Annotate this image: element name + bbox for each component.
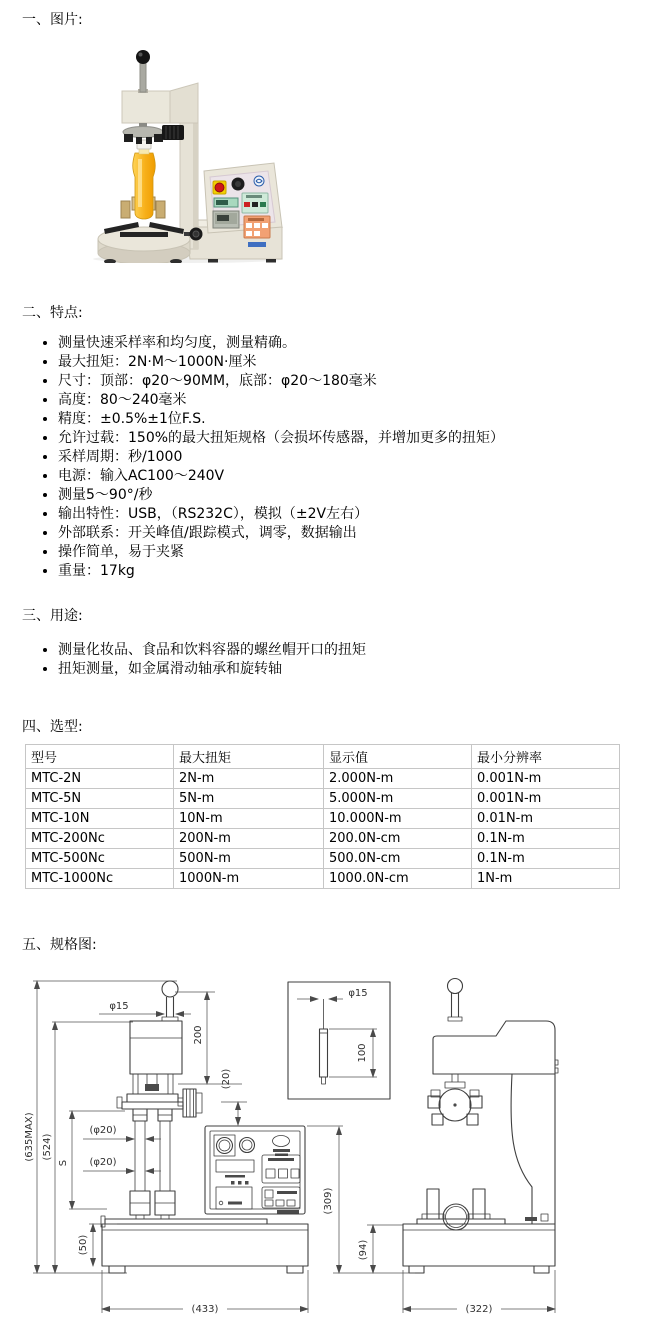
sample-bottle <box>133 140 156 219</box>
feature-list: 测量快速采样率和均匀度，测量精确。 最大扭矩：2N·M〜1000N·厘米 尺寸：… <box>0 334 657 581</box>
col-header-max-torque: 最大扭矩 <box>174 745 324 769</box>
dim-309-label: (309) <box>323 1187 334 1214</box>
cell-model: MTC-500Nc <box>26 849 174 869</box>
cell-display-value: 500.0N-cm <box>324 849 472 869</box>
cell-max-torque: 200N-m <box>174 829 324 849</box>
cell-min-resolution: 0.001N-m <box>472 769 620 789</box>
cell-min-resolution: 0.1N-m <box>472 849 620 869</box>
model-label <box>248 242 266 247</box>
feature-item: 重量：17kg <box>58 562 657 581</box>
cell-max-torque: 5N-m <box>174 789 324 809</box>
feature-item: 测量5〜90°/秒 <box>58 486 657 505</box>
use-item: 扭矩测量，如金属滑动轴承和旋转轴 <box>58 660 657 679</box>
cell-max-torque: 500N-m <box>174 849 324 869</box>
cell-min-resolution: 1N-m <box>472 869 620 889</box>
product-spec-page: 一、图片: <box>0 0 657 1341</box>
stand-column <box>180 103 198 249</box>
use-item: 测量化妆品、食品和饮料容器的螺丝帽开口的扭矩 <box>58 641 657 660</box>
cell-display-value: 2.000N-m <box>324 769 472 789</box>
cell-display-value: 5.000N-m <box>324 789 472 809</box>
feature-item: 最大扭矩：2N·M〜1000N·厘米 <box>58 353 657 372</box>
cell-model: MTC-1000Nc <box>26 869 174 889</box>
cell-display-value: 1000.0N-cm <box>324 869 472 889</box>
col-header-min-resolution: 最小分辨率 <box>472 745 620 769</box>
table-row: MTC-5N 5N-m 5.000N-m 0.001N-m <box>26 789 620 809</box>
dim-stroke-label: S <box>58 1160 69 1166</box>
section-heading-features: 二、特点: <box>22 305 657 322</box>
table-header-row: 型号 最大扭矩 显示值 最小分辨率 <box>26 745 620 769</box>
feature-item: 操作简单，易于夹紧 <box>58 543 657 562</box>
emergency-stop-button <box>215 183 224 192</box>
inset-phi15-label: φ15 <box>348 988 367 999</box>
front-console <box>205 1126 305 1214</box>
table-row: MTC-200Nc 200N-m 200.0N-cm 0.1N-m <box>26 829 620 849</box>
button-white-1 <box>246 223 252 228</box>
button-green <box>260 202 266 207</box>
feature-item: 允许过载：150%的最大扭矩规格（会损坏传感器，并增加更多的扭矩） <box>58 429 657 448</box>
clamp-knob <box>162 125 184 140</box>
button-white-5 <box>254 231 260 236</box>
feature-item: 精度：±0.5%±1位F.S. <box>58 410 657 429</box>
cell-display-value: 10.000N-m <box>324 809 472 829</box>
button-dark <box>252 202 258 207</box>
dim-50-label: (50) <box>78 1235 89 1256</box>
dim-524-label: (524) <box>42 1133 53 1160</box>
product-photo-svg <box>58 45 290 263</box>
dim-433-label: (433) <box>192 1304 219 1315</box>
cell-max-torque: 1000N-m <box>174 869 324 889</box>
handle-rod <box>136 50 150 92</box>
table-row: MTC-1000Nc 1000N-m 1000.0N-cm 1N-m <box>26 869 620 889</box>
dim-94-label: (94) <box>358 1240 369 1261</box>
spec-drawing: (635MAX) (524) S φ15 <box>25 967 657 1341</box>
front-view: (635MAX) (524) S φ15 <box>25 981 343 1315</box>
cell-min-resolution: 0.1N-m <box>472 829 620 849</box>
button-white-2 <box>254 223 260 228</box>
product-photo <box>58 45 290 263</box>
feature-item: 外部联系：开关峰值/跟踪模式，调零，数据输出 <box>58 524 657 543</box>
use-list: 测量化妆品、食品和饮料容器的螺丝帽开口的扭矩 扭矩测量，如金属滑动轴承和旋转轴 <box>0 641 657 679</box>
feature-item: 测量快速采样率和均匀度，测量精确。 <box>58 334 657 353</box>
head-block <box>122 83 198 123</box>
col-header-display-value: 显示值 <box>324 745 472 769</box>
section-heading-picture: 一、图片: <box>22 0 657 29</box>
spec-drawing-svg: (635MAX) (524) S φ15 <box>25 967 647 1337</box>
cell-model: MTC-5N <box>26 789 174 809</box>
feature-item: 高度：80〜240毫米 <box>58 391 657 410</box>
dim-635max-label: (635MAX) <box>25 1112 35 1161</box>
cell-max-torque: 2N-m <box>174 769 324 789</box>
cell-min-resolution: 0.001N-m <box>472 789 620 809</box>
button-white-4 <box>246 231 252 236</box>
dim-phi20-top-label: (φ20) <box>89 1125 116 1136</box>
button-red <box>244 202 250 207</box>
feature-item: 采样周期：秒/1000 <box>58 448 657 467</box>
feature-item: 尺寸：顶部：φ20〜90MM，底部：φ20〜180毫米 <box>58 372 657 391</box>
cell-model: MTC-2N <box>26 769 174 789</box>
section-heading-selection: 四、选型: <box>22 719 657 736</box>
col-header-model: 型号 <box>26 745 174 769</box>
table-row: MTC-10N 10N-m 10.000N-m 0.01N-m <box>26 809 620 829</box>
handle-ball <box>136 50 150 64</box>
cell-min-resolution: 0.01N-m <box>472 809 620 829</box>
inset-detail: φ15 100 <box>288 982 390 1099</box>
dim-200-label: 200 <box>193 1025 204 1044</box>
dim-phi20-bottom-label: (φ20) <box>89 1157 116 1168</box>
cell-model: MTC-200Nc <box>26 829 174 849</box>
cell-display-value: 200.0N-cm <box>324 829 472 849</box>
cell-model: MTC-10N <box>26 809 174 829</box>
cap-gripper <box>123 123 184 144</box>
table-row: MTC-500Nc 500N-m 500.0N-cm 0.1N-m <box>26 849 620 869</box>
feature-item: 电源：输入AC100〜240V <box>58 467 657 486</box>
dim-20-label: (20) <box>221 1069 232 1090</box>
table-row: MTC-2N 2N-m 2.000N-m 0.001N-m <box>26 769 620 789</box>
cell-max-torque: 10N-m <box>174 809 324 829</box>
section-heading-spec-drawing: 五、规格图: <box>22 937 657 954</box>
button-white-3 <box>262 223 268 228</box>
dim-322-label: (322) <box>466 1304 493 1315</box>
feature-item: 输出特性：USB，（RS232C），模拟（±2V左右） <box>58 505 657 524</box>
inset-100-label: 100 <box>357 1043 368 1062</box>
model-selection-table: 型号 最大扭矩 显示值 最小分辨率 MTC-2N 2N-m 2.000N-m 0… <box>25 744 620 889</box>
section-heading-uses: 三、用途: <box>22 608 657 625</box>
dim-phi15-label: φ15 <box>109 1001 128 1012</box>
